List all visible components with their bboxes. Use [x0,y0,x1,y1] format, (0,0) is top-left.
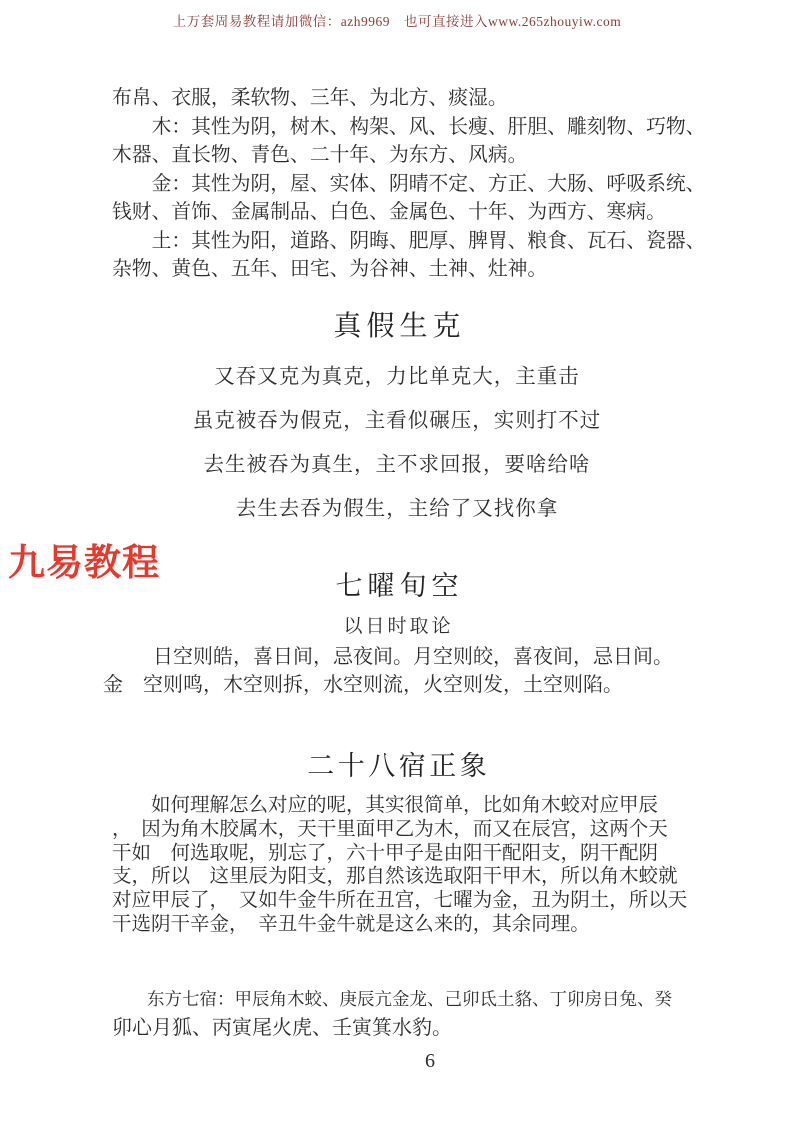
paragraph-line: 木：其性为阴，树木、构架、风、长瘦、肝胆、雕刻物、巧物、 [112,113,694,142]
paragraph-line: 对应甲辰了， 又如牛金牛所在丑宫，七曜为金，丑为阴土，所以天 [112,889,702,913]
dongfang-qixiu-paragraph: 东方七宿：甲辰角木蛟、庚辰亢金龙、己卯氐土貉、丁卯房日兔、癸 卯心月狐、丙寅尾火… [112,985,702,1043]
paragraph-line: 木器、直长物、青色、二十年、为东方、风病。 [112,141,694,170]
page-number: 6 [425,1050,435,1073]
subheading-qiyao: 以日时取论 [0,611,794,638]
paragraph-line: 钱财、首饰、金属制品、白色、金属色、十年、为西方、寒病。 [112,198,694,227]
qiyao-paragraph: 日空则皓，喜日间，忌夜间。月空则皎，喜夜间，忌日间。 金 空则鸣，木空则拆，水空… [103,643,703,699]
header-promo-text: 上万套周易教程请加微信：azh9969 也可直接进入www.265zhouyiw… [0,10,794,30]
paragraph-line: 布帛、衣服，柔软物、三年、为北方、痰湿。 [112,84,694,113]
document-page: 上万套周易教程请加微信：azh9969 也可直接进入www.265zhouyiw… [0,0,794,1123]
paragraph-line: 金 空则鸣，木空则拆，水空则流，火空则发，土空则陷。 [103,671,703,699]
paragraph-line: 东方七宿：甲辰角木蛟、庚辰亢金龙、己卯氐土貉、丁卯房日兔、癸 [112,985,702,1014]
section-heading-qiyao-xunkong: 七曜旬空 [0,564,794,603]
five-elements-paragraph: 布帛、衣服，柔软物、三年、为北方、痰湿。 木：其性为阴，树木、构架、风、长瘦、肝… [112,84,694,284]
paragraph-line: 如何理解怎么对应的呢，其实很简单，比如角木蛟对应甲辰 [112,794,702,818]
verse-line: 又吞又克为真克，力比单克大，主重击 [0,355,794,399]
paragraph-line: 干如 何选取呢，别忘了，六十甲子是由阳干配阳支，阴干配阴 [112,842,702,866]
shengke-verses: 又吞又克为真克，力比单克大，主重击 虽克被吞为假克，主看似碾压，实则打不过 去生… [0,355,794,531]
twentyeight-xiu-paragraph: 如何理解怎么对应的呢，其实很简单，比如角木蛟对应甲辰 ， 因为角木胶属木，天干里… [112,794,702,937]
verse-line: 虽克被吞为假克，主看似碾压，实则打不过 [0,399,794,443]
paragraph-line: 卯心月狐、丙寅尾火虎、壬寅箕水豹。 [112,1014,702,1043]
paragraph-line: ， 因为角木胶属木，天干里面甲乙为木，而又在辰宫，这两个天 [112,818,702,842]
paragraph-line: 杂物、黄色、五年、田宅、为谷神、土神、灶神。 [112,255,694,284]
paragraph-line: 土：其性为阳，道路、阴晦、肥厚、脾胃、粮食、瓦石、瓷器、 [112,227,694,256]
paragraph-line: 金：其性为阴，屋、实体、阴晴不定、方正、大肠、呼吸系统、 [112,170,694,199]
verse-line: 去生去吞为假生，主给了又找你拿 [0,487,794,531]
section-heading-true-false-shengke: 真假生克 [0,304,794,344]
paragraph-line: 日空则皓，喜日间，忌夜间。月空则皎，喜夜间，忌日间。 [103,643,703,671]
paragraph-line: 干选阴干辛金， 辛丑牛金牛就是这么来的，其余同理。 [112,913,702,937]
section-heading-twentyeight-xiu: 二十八宿正象 [0,744,794,783]
paragraph-line: 支，所以 这里辰为阳支，那自然该选取阳干甲木，所以角木蛟就 [112,865,702,889]
verse-line: 去生被吞为真生，主不求回报，要啥给啥 [0,443,794,487]
